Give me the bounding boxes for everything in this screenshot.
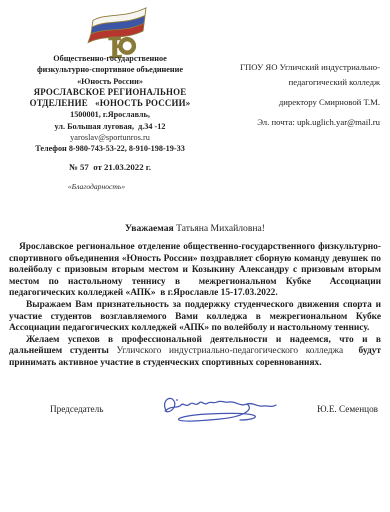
recipient-block: ГПОУ ЯО Угличский индустриально- педагог… bbox=[195, 60, 380, 130]
subject-line: «Благодарность» bbox=[4, 182, 189, 191]
sender-phone: Телефон 8-980-743-53-22, 8-910-198-19-33 bbox=[4, 143, 216, 154]
sender-email: yaroslav@sportunros.ru bbox=[4, 132, 216, 143]
sender-line: «Юность России» bbox=[4, 76, 216, 87]
letter-page: Общественно-государственное физкультурно… bbox=[0, 0, 390, 512]
sender-line: физкультурно-спортивное объединение bbox=[4, 64, 216, 75]
reference-number: № 57 от 21.03.2022 г. bbox=[4, 162, 216, 172]
recipient-line: ГПОУ ЯО Угличский индустриально- bbox=[195, 60, 380, 75]
recipient-line: директору Смирновой Т.М. bbox=[195, 95, 380, 110]
yunost-rossii-logo bbox=[84, 4, 152, 58]
salutation-rest: Татьяна Михайловна! bbox=[174, 223, 265, 234]
recipient-line: педагогический колледж bbox=[195, 75, 380, 90]
body-paragraph-2: Выражаем Вам признательность за поддержк… bbox=[9, 300, 381, 335]
sender-line: ОТДЕЛЕНИЕ «ЮНОСТЬ РОССИИ» bbox=[4, 98, 216, 109]
signature-ink bbox=[150, 388, 288, 442]
body-paragraph-1: Ярославское региональное отделение общес… bbox=[9, 242, 381, 300]
sender-line: 1500001, г.Ярославль, bbox=[4, 109, 216, 120]
recipient-email: Эл. почта: upk.uglich.yar@mail.ru bbox=[195, 115, 380, 130]
sender-line: ЯРОСЛАВСКОЕ РЕГИОНАЛЬНОЕ bbox=[4, 87, 216, 98]
signoff-title: Председатель bbox=[50, 404, 103, 414]
signoff-name: Ю.Е. Семенцов bbox=[317, 404, 378, 414]
body-paragraph-3: Желаем успехов в профессиональной деятел… bbox=[9, 335, 381, 370]
sender-line: ул. Большая луговая, д.34 -12 bbox=[4, 121, 216, 132]
salutation: Уважаемая Татьяна Михайловна! bbox=[0, 223, 390, 234]
paragraph-3-college-name: Угличского индустриально-педагогического… bbox=[116, 346, 343, 356]
salutation-bold: Уважаемая bbox=[125, 223, 174, 234]
sender-line: Общественно-государственное bbox=[4, 53, 216, 64]
letter-body: Ярославское региональное отделение общес… bbox=[9, 242, 381, 370]
sender-block: Общественно-государственное физкультурно… bbox=[4, 53, 216, 155]
